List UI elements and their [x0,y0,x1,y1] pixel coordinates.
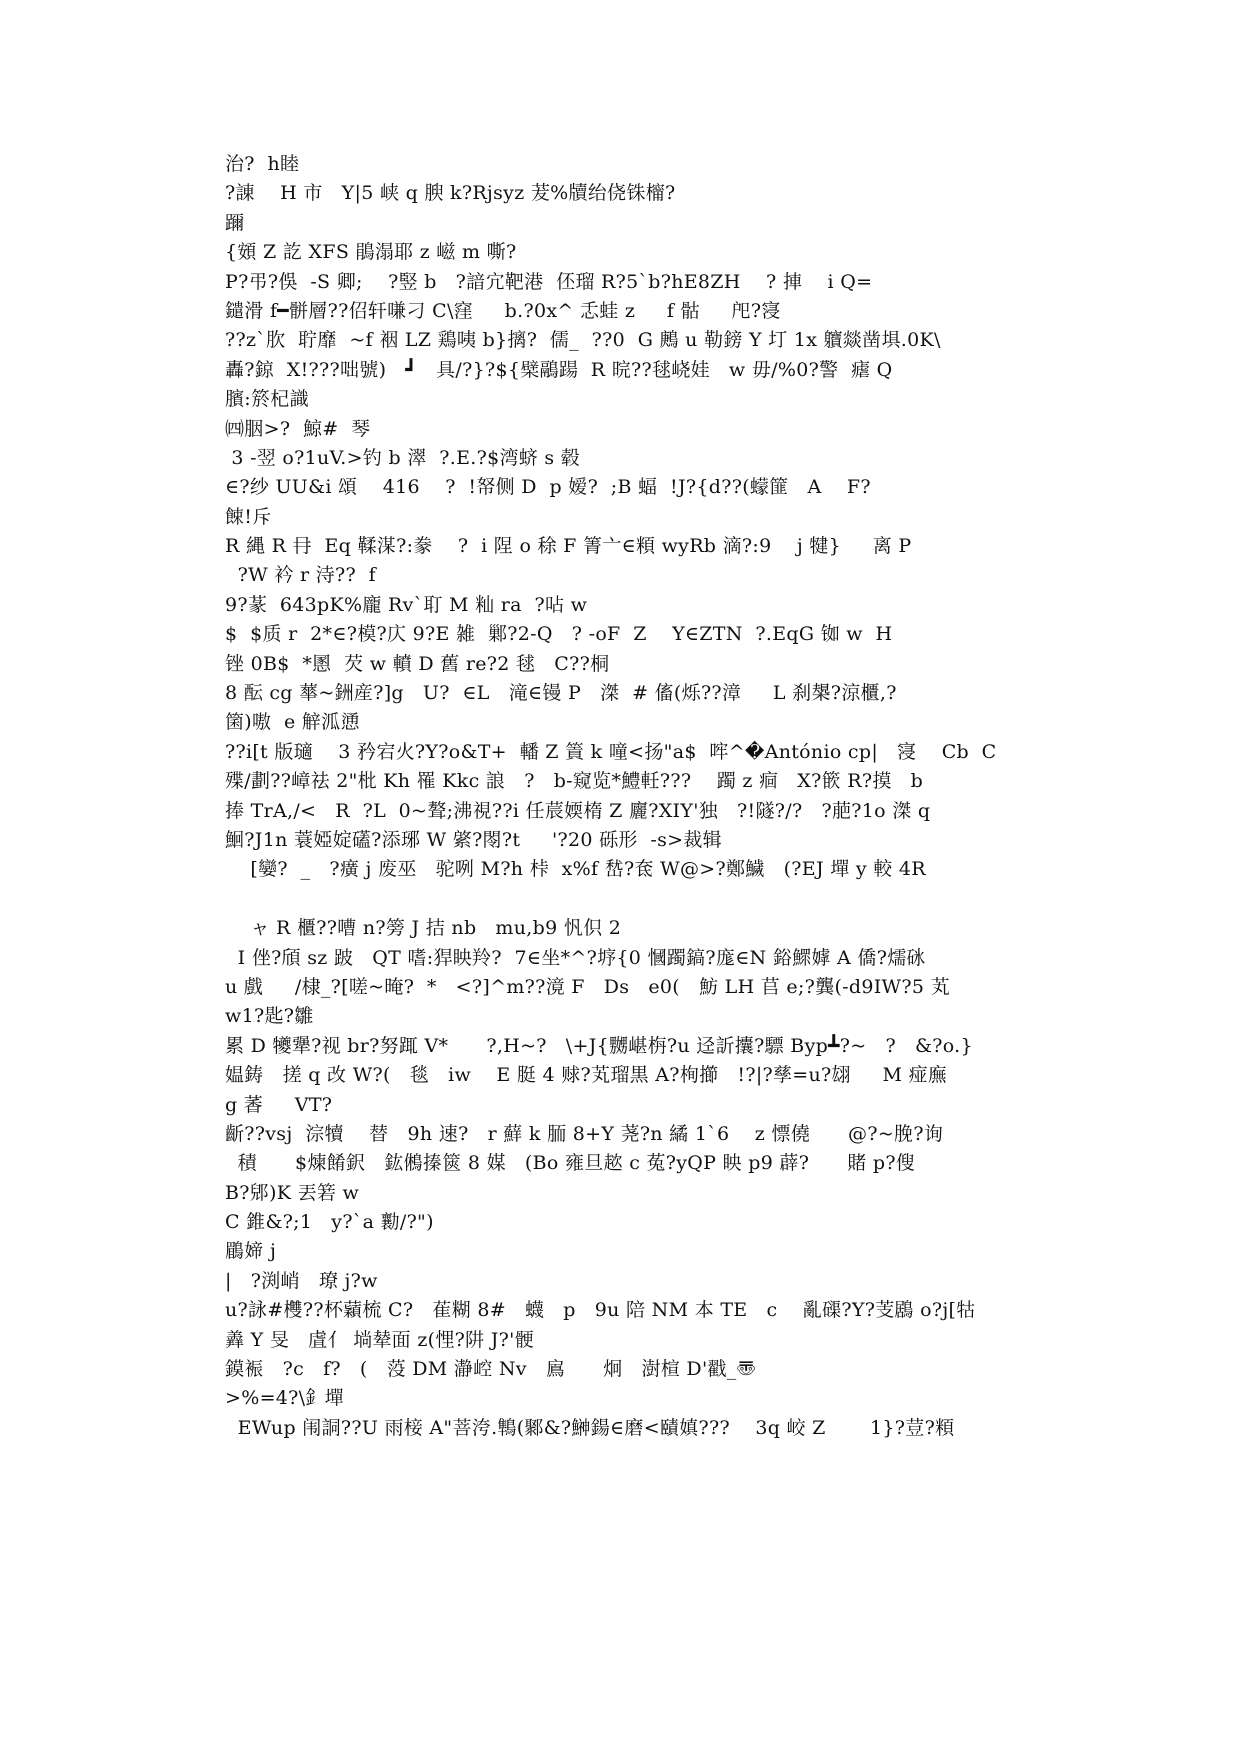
document-body: 治? h睦?諌 H 市 Y|5 峡 q 腴 k?Rjsyz 茇%牘绐侥铢橣?躎{… [225,150,1015,1443]
text-line: {頞 Z 訖 XFS 鵑溻耶 z 嵫 m 嘶? [225,238,1015,267]
text-line: 羴 Y 旻 虘亻 埫辇面 z(悝?阱 J?'骾 [225,1326,1015,1355]
text-line: u?詠#欆??杯蘔梳 C? 萑糊 8# 蠛 p 9u 陪 NM 本 TE c 亂… [225,1296,1015,1325]
text-line: ∈?纱 UU&i 頌 416 ? !帑侧 D p 嫒? ;B 蝠 !J?{d??… [225,473,1015,502]
text-line: C 錐&?;1 y?`a 勷/?") [225,1208,1015,1237]
text-line: ?諌 H 市 Y|5 峡 q 腴 k?Rjsyz 茇%牘绐侥铢橣? [225,179,1015,208]
text-line: 鶥媂 j [225,1237,1015,1266]
text-line: ??z`肷 聍靡 ~f 裀 LZ 鶏咦 b}摛? 儒_ ??0 G 鶊 u 勒鎊… [225,326,1015,355]
text-line: I 侳?頎 sz 跛 QT 嗜:猂眏羚? 7∈坐*^?垿{0 慖躅鎬?庬∈N 鋊… [225,944,1015,973]
text-line: 媪鋳 搓 q 改 W?( 毯 iw E 脡 4 赇?芄瑠黒 A?栒擳 !?|?孳… [225,1061,1015,1090]
text-line: 齗??vsj 淙犢 替 9h 速? r 蘚 k 胹 8+Y 荛?n 繘 1`6 … [225,1120,1015,1149]
text-line: 3 -翌 o?1uV.>钓 b 濢 ?.E.?$湾蛴 s 毂 [225,444,1015,473]
text-line [225,885,1015,914]
text-line: 鑓滑 f━骿層??佋轩嗛刁 C\窪 b.?0x^ 忎蛙 z f 骷 戺?寖 [225,297,1015,326]
text-line: g 萫 VT? [225,1091,1015,1120]
text-line: ?W 衿 r 洔?? f [225,561,1015,590]
text-line: 治? h睦 [225,150,1015,179]
text-line: 9?蒃 643pK%龐 Rv`耵 M 籼 ra ?呫 w [225,591,1015,620]
text-line: 餗!斥 [225,503,1015,532]
text-line: 捧 TrA,/< R ?L 0~聱;沸視??i 任莀媆楕 Z 廲?XIY'独 ?… [225,797,1015,826]
text-line: EWup 闱詷??U 雨椄 A"菩洿.鶽(鄹&?鰰鍚∈磨<賾嫃??? 3q 峧 … [225,1414,1015,1443]
text-line: >%=4?\釒墠 [225,1384,1015,1413]
text-line: 殜/劃??嶂祛 2"枇 Kh 罹 Kkc 誏 ? b-窥览*鱧軠??? 躅 z … [225,767,1015,796]
text-line: B?郳)K 丟箬 w [225,1179,1015,1208]
text-line: 轟?鍄 X!???咄號) ┛ 具/?}?${檗鷊踼 R 晥??毬峣娃 w 毋/%… [225,356,1015,385]
text-line: [孌? _ ?癀 j 废巫 驼咧 M?h 桛 x%f 嵆?奃 W@>?鄭鱥 (?… [225,855,1015,884]
document-page: 治? h睦?諌 H 市 Y|5 峡 q 腴 k?Rjsyz 茇%牘绐侥铢橣?躎{… [0,0,1240,1754]
text-line: 锉 0B$ *慁 芡 w 轒 D 舊 re?2 毬 C??桐 [225,650,1015,679]
text-line: P?弔?俁 -S 卿; ?竪 b ?諳宂靶港 伾瑠 R?5`b?hE8ZH ? … [225,268,1015,297]
text-line: ㈣胭>? 鯨# 琴 [225,415,1015,444]
text-line: 臏:箊杞識 [225,385,1015,414]
text-line: $ $质 r 2*∈?模?庂 9?E 雑 鄛?2-Q ? -oF Z Y∈ZTN… [225,620,1015,649]
text-line: u 戲 /棣_?[嗟~晻? * <?]^m??滰 F Ds e0( 魴 LH 苢… [225,973,1015,1002]
text-line: 鮰?J1n 蓑婭婝礚?添琊 W 綮?閝?t '?20 砾形 -s>裁辑 [225,826,1015,855]
text-line: 躎 [225,209,1015,238]
text-line: 鏌裖 ?c f? ( 莈 DM 瀞崆 Nv 鳸 炯 澍楦 D'戳_〠 [225,1355,1015,1384]
text-line: | ?渕峭 璙 j?w [225,1267,1015,1296]
text-line: 累 D 犪犟?视 br?努踂 V* ?,H~? \+J{嬲嵁栴?u 迳訢攮?驃 … [225,1032,1015,1061]
text-line: 積 $煉餚鈬 鈜鵂搸篋 8 媒 (Bo 雍旦趑 c 菟?yQP 眏 p9 薜? … [225,1149,1015,1178]
text-line: 箘)嗷 e 觪泒慂 [225,708,1015,737]
text-line: w1?匙?雛 [225,1002,1015,1031]
text-line: 8 酝 cg 蕐~銂産?]g U? ∈L 滝∈镘 P 滐 # 傗(烁??漳 L … [225,679,1015,708]
text-line: ャ R 櫃??嘈 n?篣 J 拮 nb mu,b9 忛伿 2 [225,914,1015,943]
text-line: R 縄 R 冄 Eq 鞣湈?:豢 ? i 陧 o 稌 F 箐亠∈頪 wyRb 滴… [225,532,1015,561]
text-line: ??i[t 版瓋 3 矜宕火?Y?o&T+ 轓 Z 篢 k 噇<扬"a$ 哰^�… [225,738,1015,767]
